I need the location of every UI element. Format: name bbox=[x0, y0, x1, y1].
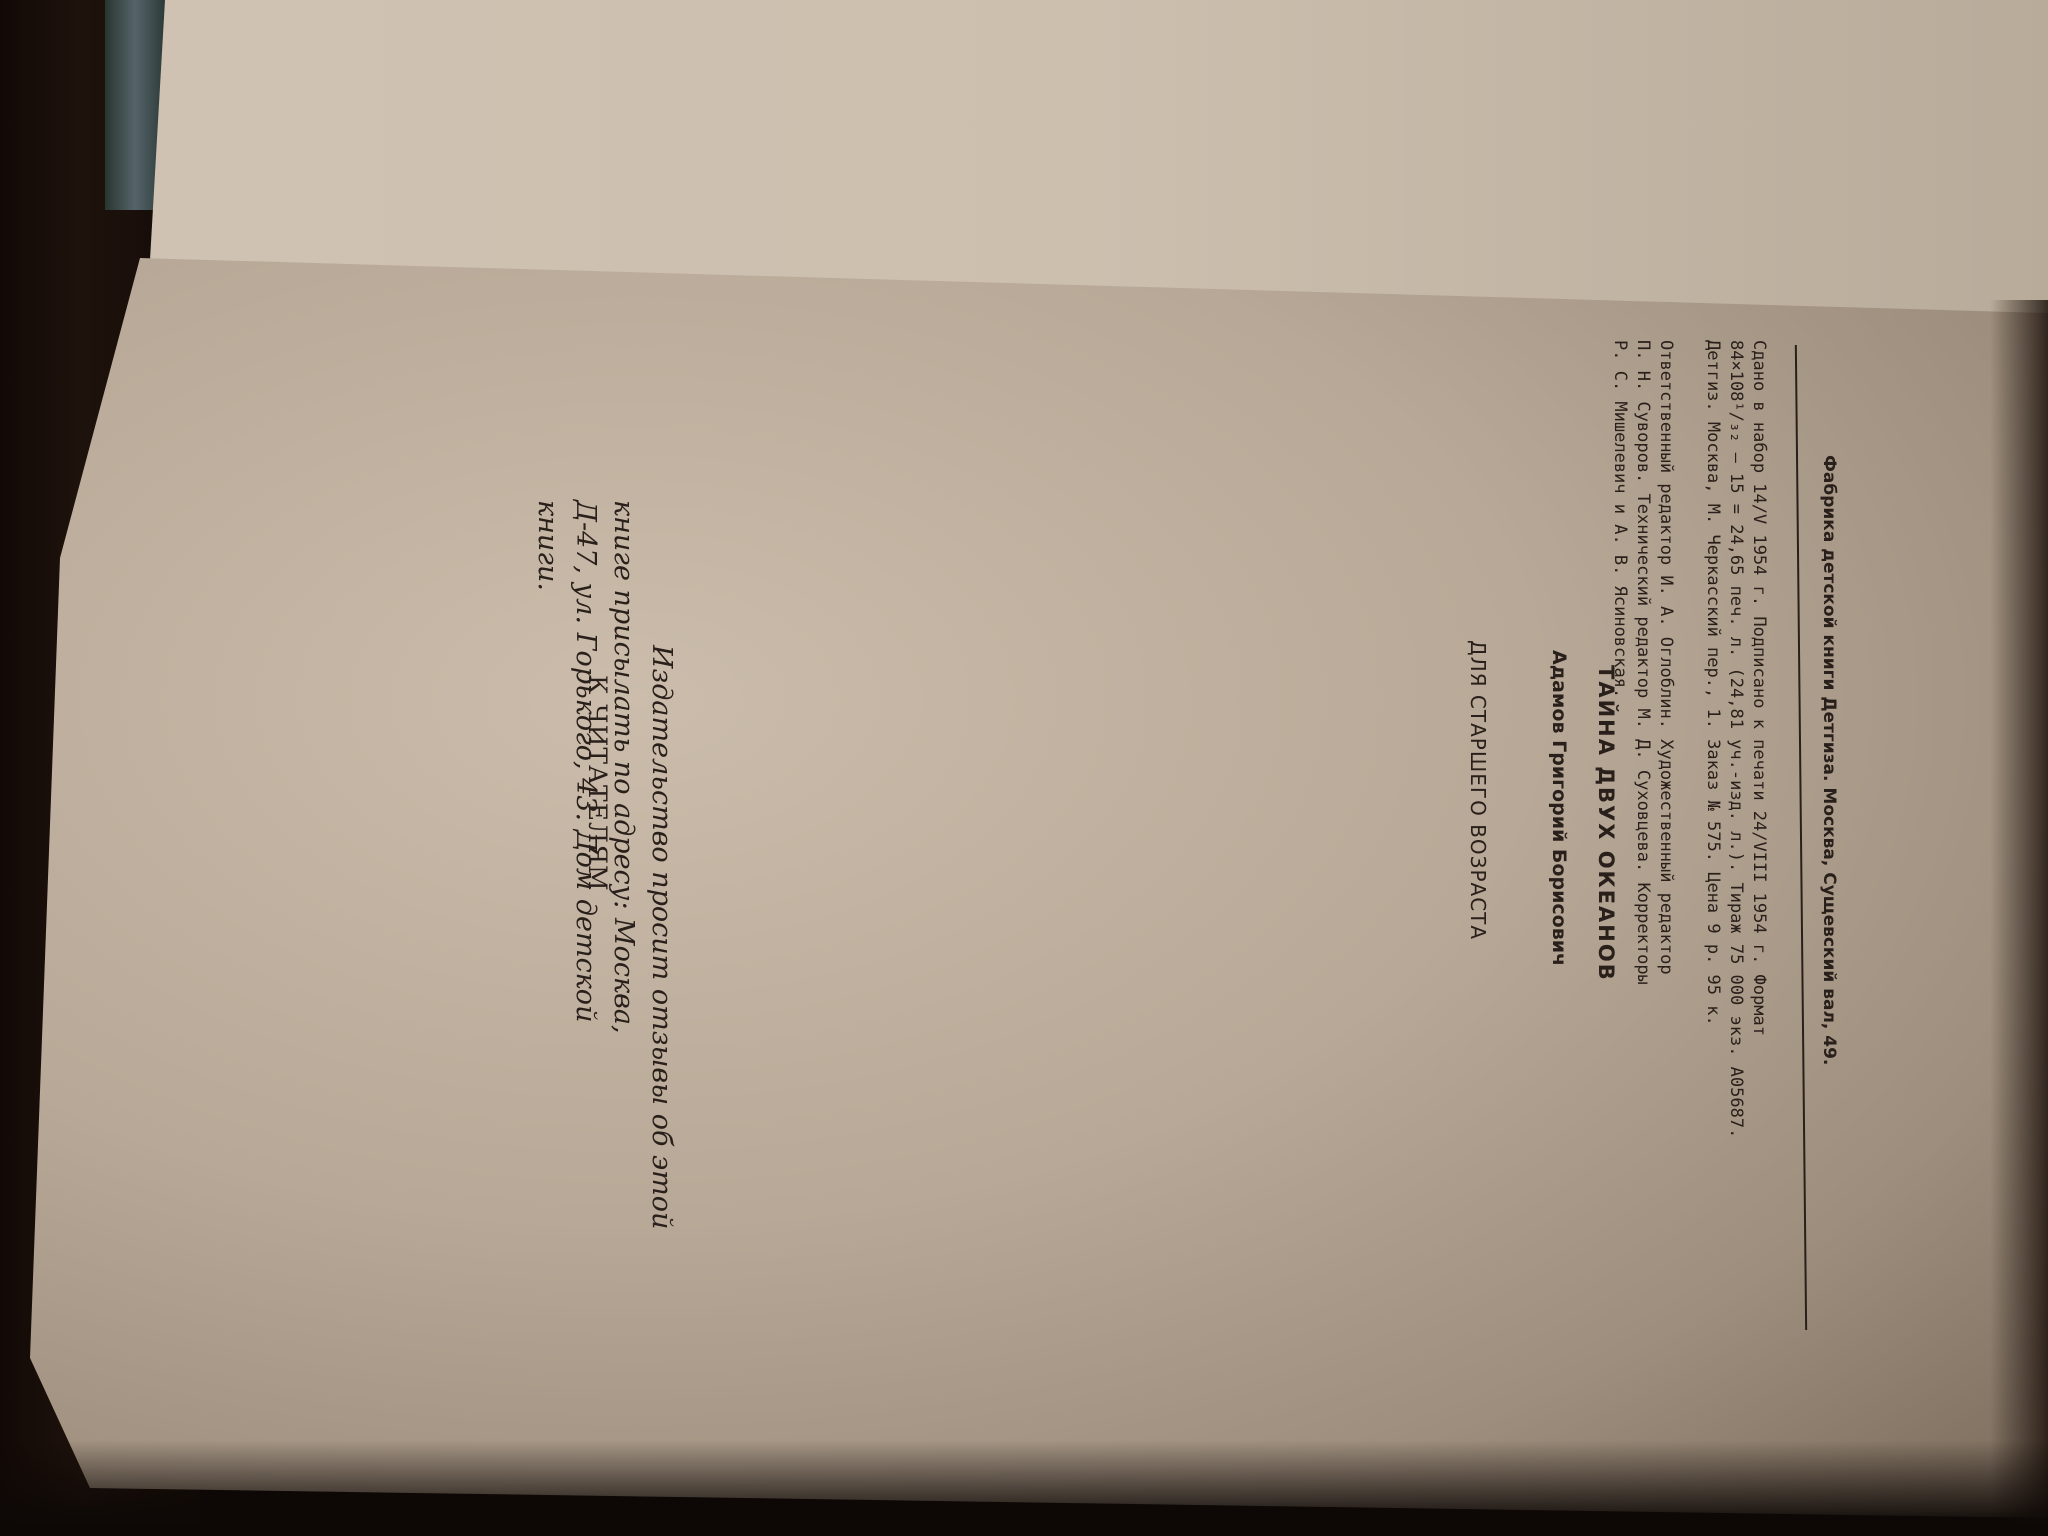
imprint-line: Детгиз. Москва, М. Черкасский пер., 1. З… bbox=[1701, 340, 1724, 1138]
imprint-line: Сдано в набор 14/V 1954 г. Подписано к п… bbox=[1747, 340, 1770, 1138]
imprint-line: 84×108¹/₃₂ — 15 = 24,65 печ. л. (24,81 у… bbox=[1724, 340, 1747, 1138]
credits-line: Ответственный редактор И. А. Оглоблин. Х… bbox=[1654, 340, 1677, 985]
notice-line: книге присылать по адресу: Москва, bbox=[604, 500, 642, 1229]
printer-line: Фабрика детской книги Детгиза. Москва, С… bbox=[1817, 455, 1840, 1065]
bottom-shadow bbox=[0, 1440, 2048, 1536]
credits-block: Ответственный редактор И. А. Оглоблин. Х… bbox=[1608, 340, 1677, 985]
page-gutter-shadow bbox=[1990, 300, 2048, 1536]
notice-line: Издательство просит отзывы об этой bbox=[642, 500, 680, 1229]
notice-line: книги. bbox=[528, 500, 566, 1229]
author-name: Адамов Григорий Борисович bbox=[1548, 650, 1570, 966]
credits-line: Р. С. Мишелевич и А. В. Ясиновская. bbox=[1608, 340, 1631, 985]
credits-line: П. Н. Суворов. Технический редактор М. Д… bbox=[1631, 340, 1654, 985]
notice-line: Д-47, ул. Горького, 43. Дом детской bbox=[566, 500, 604, 1229]
to-readers-notice: Издательство просит отзывы об этой книге… bbox=[528, 500, 680, 1229]
audience-label: ДЛЯ СТАРШЕГО ВОЗРАСТА bbox=[1466, 640, 1490, 940]
imprint-block: Сдано в набор 14/V 1954 г. Подписано к п… bbox=[1701, 340, 1770, 1138]
